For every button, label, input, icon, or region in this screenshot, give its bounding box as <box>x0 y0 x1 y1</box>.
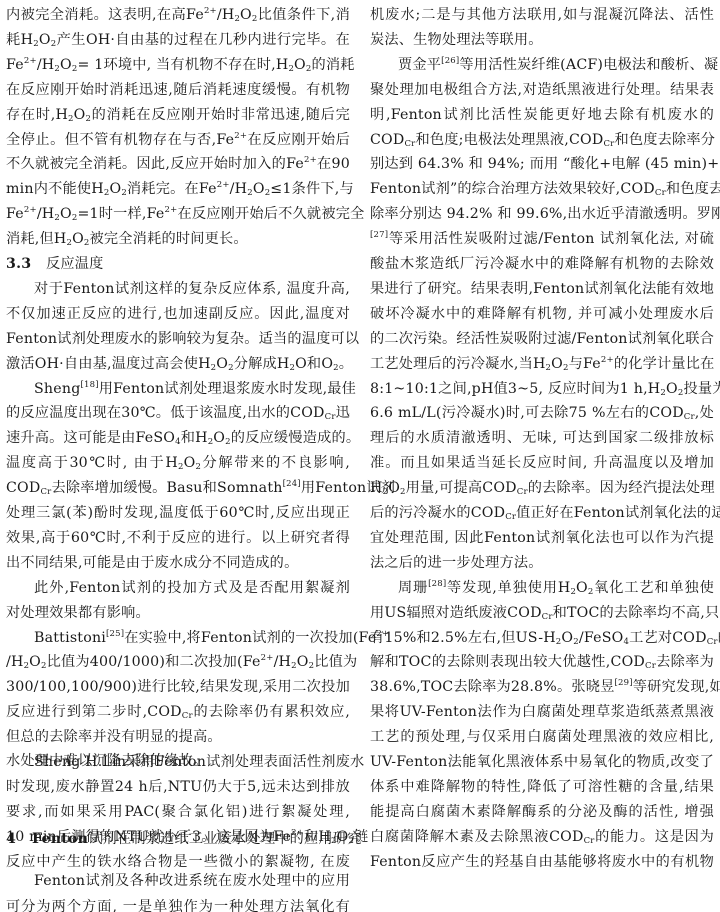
text-line: 10 min后测得的NTU就小于3。这是因为Fe2+和H2O2链 <box>6 824 350 850</box>
text-line: 体系中难降解物的特性,降低了可溶性糖的含量,结果 <box>370 774 714 800</box>
section-title: 反应温度 <box>46 256 104 272</box>
text-line: 全停止。但不管有机物存在与否,Fe2+在反应刚开始后 <box>6 127 350 153</box>
text-line: CODCr和色度;电极法处理黑液,CODCr和色度去除率分 <box>370 127 714 153</box>
text-line: 白腐菌降解木素及去除黑液CODCr的能力。这是因为 <box>370 824 714 850</box>
text-line: 别达到 64.3% 和 94%; 而用 “酸化+电解 (45 min)+ <box>370 151 714 177</box>
text-line: 的二次污染。经活性炭吸附过滤/Fenton试剂氧化联合 <box>370 326 714 352</box>
text-line: min内不能使H2O2消耗完。在Fe2+/H2O2≤1条件下,与 <box>6 176 350 202</box>
text-line: 能提高白腐菌木素降解酶系的分泌及酶的活性, 增强 <box>370 799 714 825</box>
text-line: 机废水;二是与其他方法联用,如与混凝沉降法、活性 <box>370 2 714 28</box>
text-line: Fenton试剂”的综合治理方法效果较好,CODCr和色度去 <box>370 176 714 202</box>
text-line: 耗H2O2产生OH·自由基的过程在几秒内进行完毕。在 <box>6 27 350 53</box>
text-line: 明,Fenton试剂比活性炭能更好地去除有机废水的 <box>370 102 714 128</box>
text-line: Battistoni[25]在实验中,将Fenton试剂的一次投加(Fe2+ <box>6 625 350 651</box>
text-line: 存在时,H2O2的消耗在反应刚开始时非常迅速,随后完 <box>6 102 350 128</box>
text-line: 宜处理范围, 因此Fenton试剂氧化法也可以作为汽提 <box>370 525 714 551</box>
text-line: 时发现,废水静置24 h后,NTU仍大于5,远未达到排放 <box>6 774 350 800</box>
text-line: 38.6%,TOC去除率为28.8%。张晓昱[29]等研究发现,如 <box>370 674 714 700</box>
text-line: 但总的去除率并没有明显的提高。 <box>6 724 350 750</box>
text-line: H2O2用量,可提高CODCr的去除率。因为经汽提法处理 <box>370 475 714 501</box>
text-line: 处理三氯(苯)酚时发现,温度低于60℃时,反应出现正 <box>6 500 350 526</box>
text-line: 不仅加速正反应的进行,也加速副反应。因此,温度对 <box>6 301 350 327</box>
text-line: 聚处理加电极组合方法,对造纸黑液进行处理。结果表 <box>370 77 714 103</box>
text-line: 可分为两个方面, 一是单独作为一种处理方法氧化有 <box>6 894 350 912</box>
text-line: 6.6 mL/L(污冷凝水)时,可去除75 %左右的CODCr,处 <box>370 400 714 426</box>
text-line: 除率分别达 94.2% 和 99.6%,出水近乎清澈透明。罗刚 <box>370 201 714 227</box>
text-line: 300/100,100/900)进行比较,结果发现,采用二次投加 <box>6 674 350 700</box>
text-line: /H2O2比值为400/1000)和二次投加(Fe2+/H2O2比值为 <box>6 649 350 675</box>
text-line: 理后的水质清澈透明、无味, 可达到国家二级排放标 <box>370 425 714 451</box>
text-line: UV-Fenton法能氧化黑液体系中易氧化的物质,改变了 <box>370 749 714 775</box>
text-line: CODCr去除率增加缓慢。Basu和Somnath[24]用Fenton试剂 <box>6 475 350 501</box>
text-line: 温度高于30℃时, 由于H2O2分解带来的不良影响, <box>6 450 350 476</box>
text-line: 8:1~10:1之间,pH值3~5, 反应时间为1 h,H2O2投量为 <box>370 376 714 402</box>
text-line: 工艺处理后的污冷凝水,当H2O2与Fe2+的化学计量比在 <box>370 351 714 377</box>
text-line: 炭法、生物处理法等联用。 <box>370 27 714 53</box>
text-line: 反应进行到第二步时,CODCr的去除率仍有累积效应, <box>6 699 350 725</box>
text-line: 要求,而如果采用PAC(聚合氯化铝)进行絮凝处理, <box>6 799 350 825</box>
text-line: 对处理效果都有影响。 <box>6 600 350 626</box>
text-line: 对于Fenton试剂这样的复杂反应体系, 温度升高, <box>6 276 350 302</box>
text-line: Sheng[18]用Fenton试剂处理退浆废水时发现,最佳 <box>6 376 350 402</box>
text-line: 效果,高于60℃时,不利于反应的进行。以上研究者得 <box>6 525 350 551</box>
text-line: 的反应温度出现在30℃。低于该温度,出水的CODCr迅 <box>6 400 350 426</box>
text-line: 贾金平[26]等用活性炭纤维(ACF)电极法和酸析、凝 <box>370 52 714 78</box>
text-line: 后的污冷凝水的CODCr值正好在Fenton试剂氧化法的适 <box>370 500 714 526</box>
text-line: 在反应刚开始时消耗迅速,随后消耗速度缓慢。有机物 <box>6 77 350 103</box>
text-line: 出不同结果,可能是由于废水成分不同造成的。 <box>6 550 350 576</box>
text-line: 有15%和2.5%左右,但US-H2O2/FeSO4工艺对CODCr的降 <box>370 625 714 651</box>
text-line: 周珊[28]等发现,单独使用H2O2氧化工艺和单独使 <box>370 575 714 601</box>
section-number: 3.3 <box>6 251 46 277</box>
text-line: 激活OH·自由基,温度过高会使H2O2分解成H2O和O2。 <box>6 351 350 377</box>
text-line: Fe2+/H2O2=1时一样,Fe2+在反应刚开始后不久就被完全 <box>6 201 350 227</box>
text-line: 酸盐木浆造纸厂污冷凝水中的难降解有机物的去除效 <box>370 251 714 277</box>
text-line: 内被完全消耗。这表明,在高Fe2+/H2O2比值条件下,消 <box>6 2 350 28</box>
text-line: 准。而且如果适当延长反应时间, 升高温度以及增加 <box>370 450 714 476</box>
text-line: 速升高。这可能是由FeSO4和H2O2的反应缓慢造成的。 <box>6 425 350 451</box>
text-line: 消耗,但H2O2被完全消耗的时间更长。 <box>6 226 350 252</box>
text-line: 法之后的进一步处理方法。 <box>370 550 714 576</box>
text-line: 水处理中难以沉降去除的缘故。 <box>6 748 350 774</box>
text-line: 不久就被完全消耗。因此,反应开始时加入的Fe2+在90 <box>6 151 350 177</box>
text-line: 用US辐照对造纸废液CODCr和TOC的去除率均不高,只 <box>370 600 714 626</box>
section-heading: 3.3反应温度 <box>6 251 350 277</box>
text-line: 工艺的预处理,与仅采用白腐菌处理黑液的效应相比, <box>370 724 714 750</box>
text-line: 反应中产生的铁水络合物是一些微小的絮凝物, 在废 <box>6 849 350 875</box>
text-line: 果进行了研究。结果表明,Fenton试剂氧化法能有效地 <box>370 276 714 302</box>
text-line: Fenton试剂处理废水的影响较为复杂。适当的温度可以 <box>6 326 350 352</box>
text-line: [27]等采用活性炭吸附过滤/Fenton 试剂氧化法, 对硫 <box>370 226 714 252</box>
text-line: 此外,Fenton试剂的投加方式及是否配用絮凝剂 <box>6 575 350 601</box>
text-line: Fe2+/H2O2= 1环境中, 当有机物不存在时,H2O2的消耗 <box>6 52 350 78</box>
text-line: Fenton反应产生的羟基自由基能够将废水中的有机物 <box>370 849 714 875</box>
text-line: 解和TOC的去除则表现出较大优越性,CODCr去除率为 <box>370 649 714 675</box>
text-line: 破坏冷凝水中的难降解有机物, 并可减小处理废水后 <box>370 301 714 327</box>
text-line: 果将UV-Fenton法作为白腐菌处理草浆造纸蒸煮黑液 <box>370 699 714 725</box>
